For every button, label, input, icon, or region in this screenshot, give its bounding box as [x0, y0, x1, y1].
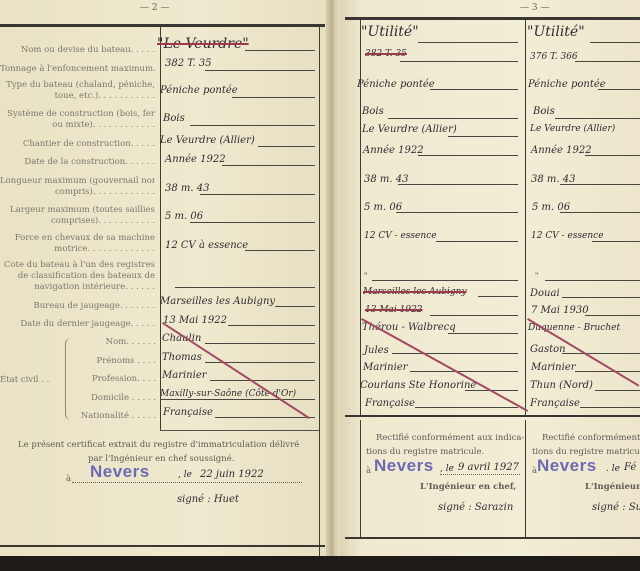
fill-line	[560, 212, 640, 213]
col1-place-prefix: à	[366, 466, 371, 476]
top-rule-left	[0, 24, 325, 27]
label-owner-nationality: Nationalité . . . . .	[66, 411, 156, 421]
fill-line	[215, 417, 315, 418]
col1-entry-tonnage: 382 T. 35	[365, 49, 407, 59]
certificate-text-1: Le présent certificat extrait du registr…	[18, 440, 299, 450]
col2-entry-owner-firstnames: Gaston	[530, 344, 566, 355]
col2-entry-boat-type: Péniche pontée	[528, 79, 606, 90]
col2-rectified-date: Fé	[624, 462, 636, 473]
label-construction-date: Date de la construction. . . . . .	[0, 157, 155, 167]
col1-entry-boat-type: Péniche pontée	[357, 79, 435, 90]
col1-entry-gauging-office: Marseilles les Aubigny	[363, 287, 467, 297]
fill-line	[396, 212, 518, 213]
label-owner-firstnames: Prénoms . . . .	[72, 356, 156, 366]
fill-line	[562, 297, 640, 298]
fill-line	[410, 371, 518, 372]
background-edge	[0, 556, 640, 571]
label-length-2: compris). . . . . . . . . . . .	[0, 187, 155, 197]
col1-signature: signé : Sarazin	[438, 502, 513, 513]
label-owner-name: Nom. . . . . .	[88, 337, 156, 347]
col1-entry-boat-name: "Utilité"	[361, 24, 419, 40]
col1-entry-classification: "	[364, 272, 367, 280]
fill-line	[200, 194, 315, 195]
fill-line	[592, 241, 640, 242]
fill-line	[585, 155, 640, 156]
nevers-stamp: Nevers	[90, 462, 150, 482]
col2-border-left	[525, 20, 526, 415]
col2-entry-gauging-office: Douai	[530, 288, 560, 299]
col1-entry-power: 12 CV - essence	[364, 231, 437, 241]
fill-line	[555, 118, 640, 119]
entry-tonnage: 382 T. 35	[165, 58, 212, 69]
col1-entry-construction-system: Bois	[362, 106, 384, 117]
col1-entry-last-gauging: 13 Mai 1922	[365, 305, 423, 315]
col2-entry-owner-profession: Marinier	[531, 362, 576, 373]
col2-entry-last-gauging: 7 Mai 1930	[531, 305, 589, 316]
entry-width: 5 m. 06	[165, 211, 203, 222]
label-power-2: motrice. . . . . . . . . . . . .	[0, 244, 155, 254]
fill-line	[258, 146, 315, 147]
entry-shipyard: Le Veurdre (Allier)	[160, 135, 255, 146]
col2-engineer-title: L'Ingénieur e	[585, 482, 640, 492]
entry-last-gauging: 13 Mai 1922	[163, 315, 227, 326]
column-border-right	[319, 27, 320, 562]
label-boat-type-2: toue, etc.). . . . . . . . . . .	[0, 91, 155, 101]
fill-line	[388, 118, 518, 119]
col1-entry-owner-profession: Marinier	[363, 362, 408, 373]
label-etat-civil: État civil . .	[0, 375, 49, 385]
col2-entry-power: 12 CV - essence	[531, 231, 604, 241]
label-width: Largeur maximum (toutes saillies	[0, 205, 155, 215]
fill-line	[372, 280, 518, 281]
col2-entry-owner-nationality: Française	[530, 398, 580, 409]
fill-line	[575, 61, 640, 62]
fill-line	[245, 50, 315, 51]
col1-entry-construction-date: Année 1922	[363, 145, 424, 156]
label-power: Force en chevaux de sa machine	[0, 233, 155, 243]
fill-line	[595, 390, 640, 391]
label-classification: Cote du bateau à l'un des registres	[0, 260, 155, 270]
col2-entry-classification: "	[535, 272, 538, 280]
col2-entry-shipyard: Le Veurdre (Allier)	[530, 124, 615, 134]
fill-line	[205, 70, 315, 71]
col2-nevers-stamp: Nevers	[537, 456, 597, 476]
label-length: Longueur maximum (gouvernail non	[0, 176, 155, 186]
footer-col1-border	[360, 420, 361, 537]
label-construction-system-2: ou mixte). . . . . . . . . . . .	[0, 120, 155, 130]
bottom-rule-right	[345, 537, 640, 539]
label-last-gauging: Date du dernier jaugeage. . . . .	[0, 319, 155, 329]
fill-line	[190, 222, 315, 223]
col2-entry-construction-system: Bois	[533, 106, 555, 117]
entry-construction-system: Bois	[163, 113, 185, 124]
entry-owner-nationality: Française	[163, 407, 213, 418]
label-gauging-office: Bureau de jaugeage. . . . . . .	[0, 301, 155, 311]
fill-line	[585, 315, 640, 316]
fill-line	[222, 165, 315, 166]
col1-rectified-text-1: Rectifié conformément aux indica-	[376, 433, 524, 443]
fill-line	[545, 280, 640, 281]
fill-line	[398, 184, 518, 185]
fill-line	[590, 42, 640, 43]
fill-line	[392, 353, 518, 354]
fill-line	[175, 287, 315, 288]
fill-line	[205, 343, 315, 344]
date-prefix: , le	[178, 470, 192, 480]
bottom-rule-left	[0, 545, 325, 547]
col2-entry-construction-date: Année 1922	[531, 145, 592, 156]
fill-line	[415, 407, 518, 408]
fill-line	[448, 136, 518, 137]
certificate-date: 22 juin 1922	[200, 469, 264, 480]
fill-line	[232, 97, 315, 98]
col2-entry-boat-name: "Utilité"	[527, 24, 585, 40]
entry-gauging-office: Marseilles les Aubigny	[160, 296, 275, 307]
entry-power: 12 CV à essence	[165, 240, 248, 251]
fill-line	[160, 399, 315, 400]
label-boat-name: Nom ou devise du bateau. . . . .	[0, 45, 155, 55]
col1-entry-owner-firstnames: Jules	[364, 345, 389, 356]
col1-entry-owner-nationality: Française	[365, 398, 415, 409]
entry-construction-date: Année 1922	[165, 154, 226, 165]
book-gutter	[326, 0, 340, 563]
col1-nevers-stamp: Nevers	[374, 456, 434, 476]
entry-length: 38 m. 43	[165, 183, 209, 194]
footer-col2-border	[525, 420, 526, 537]
col2-rectified-text-1: Rectifié conformément	[542, 433, 640, 443]
col1-entry-shipyard: Le Veurdre (Allier)	[362, 124, 457, 135]
label-classification-3: navigation intérieure. . . . . .	[0, 282, 155, 292]
fill-line	[190, 125, 315, 126]
label-owner-domicile: Domicile . . . . .	[72, 393, 156, 403]
fill-line	[418, 42, 518, 43]
fill-line	[580, 407, 640, 408]
col1-date-dotted-line	[440, 474, 520, 475]
mid-rule-right	[345, 415, 640, 417]
entry-boat-type: Péniche pontée	[160, 85, 238, 96]
fill-line	[275, 306, 315, 307]
fill-line	[245, 250, 315, 251]
signature: signé : Huet	[177, 494, 239, 505]
label-boat-type: Type du bateau (chaland, péniche,	[0, 80, 155, 90]
entry-boat-name: "Le Veurdre"	[157, 36, 249, 52]
entry-owner-firstnames: Thomas	[162, 352, 202, 363]
top-rule-right	[345, 17, 640, 20]
col2-signature: signé : Su	[592, 502, 640, 513]
page-number-left: — 2 —	[140, 3, 169, 13]
col1-rectified-date: 9 avril 1927	[458, 462, 519, 473]
table-bottom-rule	[160, 430, 320, 431]
label-tonnage: Tonnage à l'enfoncement maximum.	[0, 64, 155, 74]
fill-line	[430, 315, 518, 316]
fill-line	[430, 89, 518, 90]
entry-owner-profession: Marinier	[162, 370, 207, 381]
place-prefix: à	[66, 474, 71, 484]
col2-entry-tonnage: 376 T. 366	[530, 52, 578, 62]
fill-line	[562, 353, 640, 354]
label-shipyard: Chantier de construction. . . . .	[0, 139, 155, 149]
col2-entry-owner-domicile: Thun (Nord)	[530, 380, 593, 391]
fill-line	[228, 325, 315, 326]
label-width-2: comprises). . . . . . . . . . .	[0, 216, 155, 226]
fill-line	[448, 333, 518, 334]
page-number-right: — 3 —	[520, 3, 549, 13]
etat-civil-brace	[65, 338, 72, 420]
fill-line	[436, 241, 518, 242]
fill-line	[210, 380, 315, 381]
label-classification-2: de classification des bateaux de	[0, 271, 155, 281]
col2-date-prefix: . le	[606, 464, 620, 474]
fill-line	[575, 371, 640, 372]
date-dotted-line	[72, 482, 302, 483]
fill-line	[400, 61, 518, 62]
label-construction-system: Système de construction (bois, fer	[0, 109, 155, 119]
col1-engineer-title: L'Ingénieur en chef,	[420, 482, 516, 492]
fill-line	[598, 89, 640, 90]
fill-line	[478, 296, 518, 297]
col1-entry-owner-domicile: Courlans Ste Honorine	[360, 380, 476, 391]
fill-line	[560, 184, 640, 185]
label-owner-profession: Profession. . . .	[72, 374, 156, 384]
col1-date-prefix: , le	[440, 464, 454, 474]
fill-line	[418, 155, 518, 156]
